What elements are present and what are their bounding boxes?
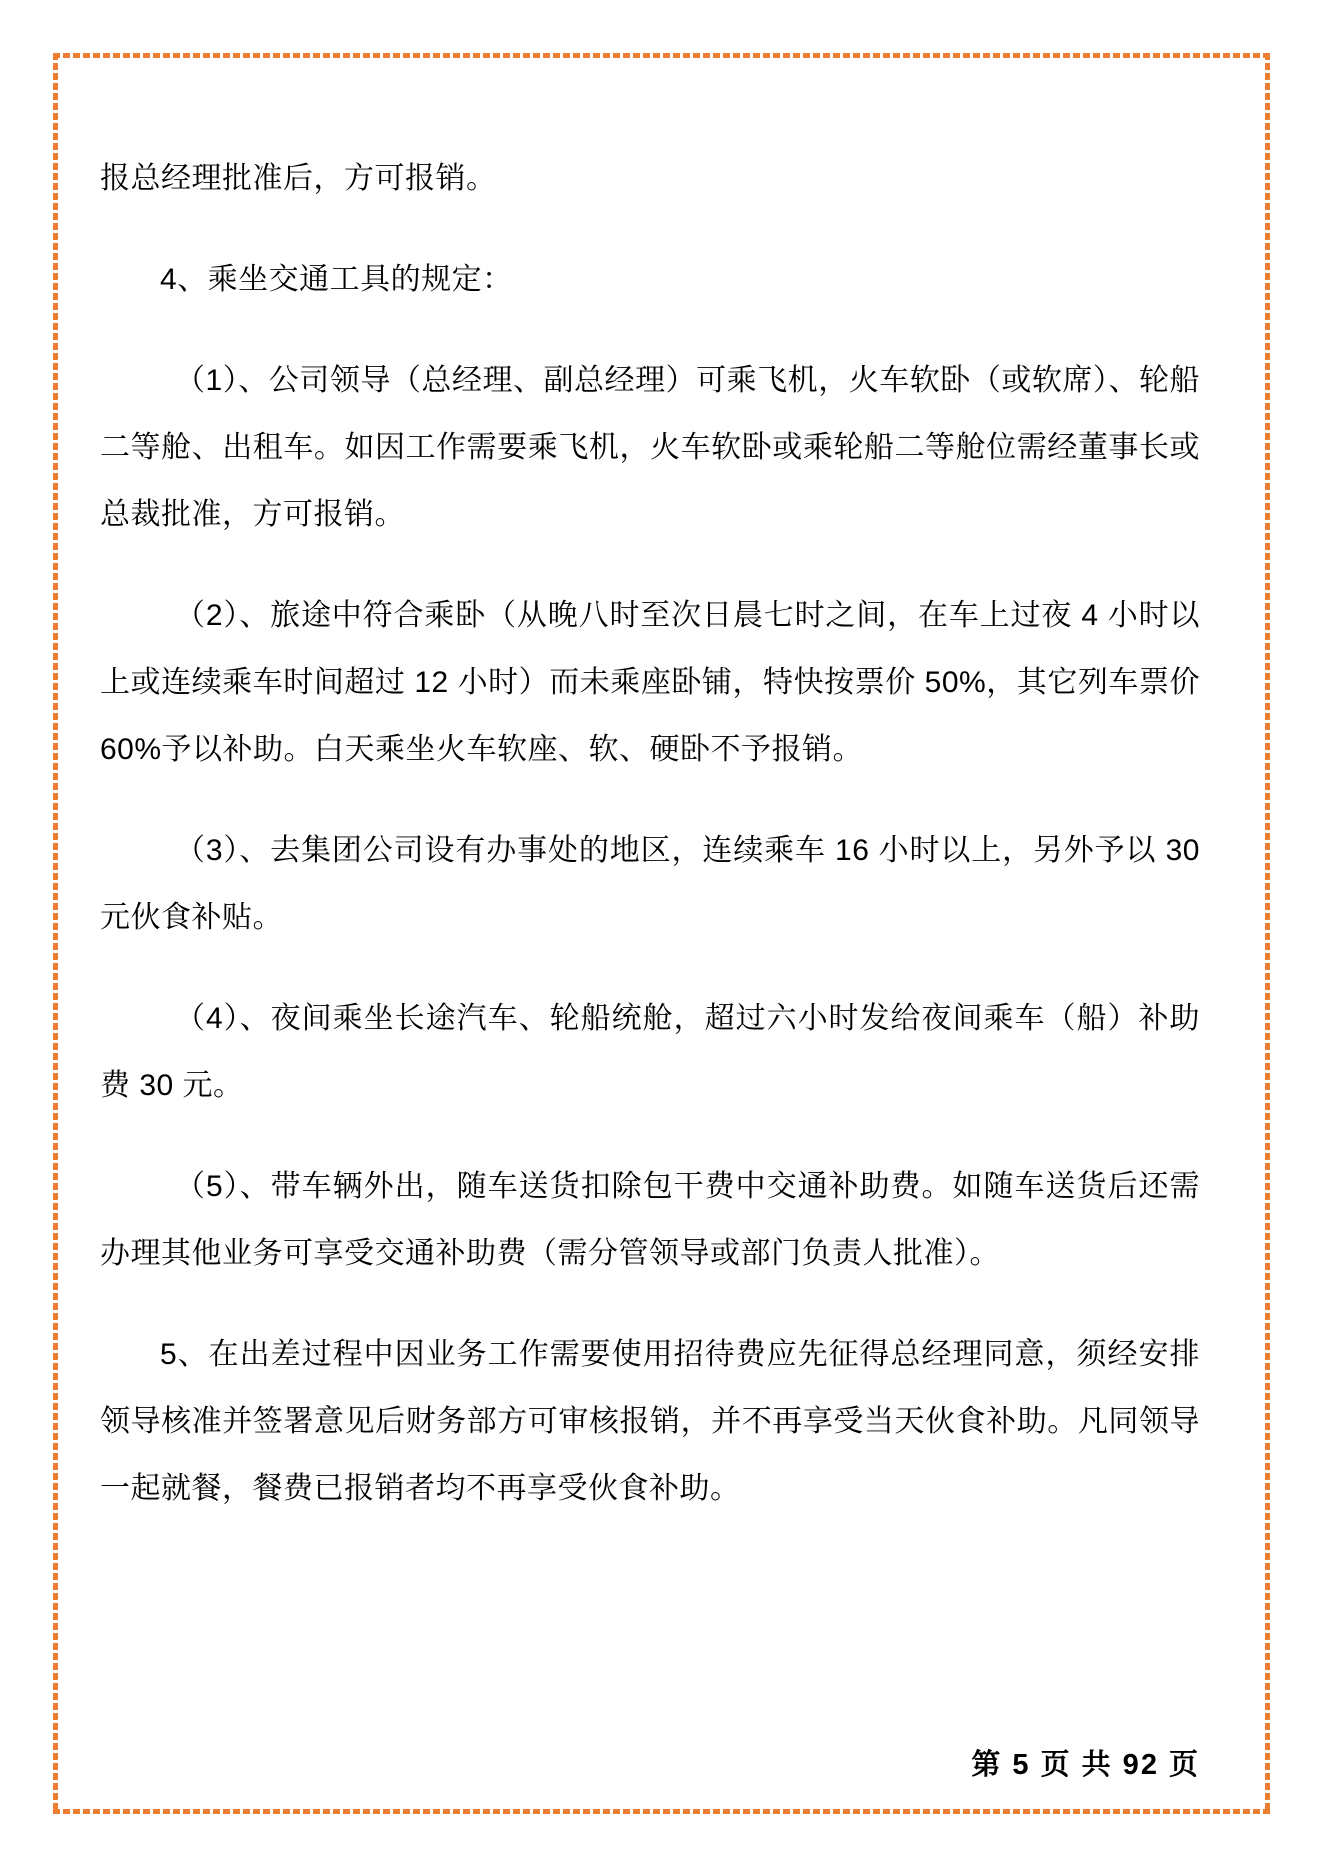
paragraph-continuation: 报总经理批准后，方可报销。 [100, 145, 1200, 212]
paragraph-subitem-2: （2）、旅途中符合乘卧（从晚八时至次日晨七时之间，在车上过夜 4 小时以上或连续… [100, 582, 1200, 783]
page-border-top [53, 53, 1270, 58]
paragraph-item-5: 5、在出差过程中因业务工作需要使用招待费应先征得总经理同意，须经安排领导核准并签… [100, 1321, 1200, 1522]
paragraph-subitem-4: （4）、夜间乘坐长途汽车、轮船统舱，超过六小时发给夜间乘车（船）补助费 30 元… [100, 985, 1200, 1119]
page-border-left [53, 53, 58, 1814]
page-content: 报总经理批准后，方可报销。 4、乘坐交通工具的规定： （1）、公司领导（总经理、… [100, 145, 1200, 1522]
paragraph-item-4: 4、乘坐交通工具的规定： [100, 246, 1200, 313]
paragraph-subitem-1: （1）、公司领导（总经理、副总经理）可乘飞机，火车软卧（或软席）、轮船二等舱、出… [100, 347, 1200, 548]
page-number: 第 5 页 共 92 页 [971, 1745, 1200, 1785]
page-border-bottom [53, 1809, 1270, 1814]
page-border-right [1265, 53, 1270, 1814]
paragraph-subitem-5: （5）、带车辆外出，随车送货扣除包干费中交通补助费。如随车送货后还需办理其他业务… [100, 1153, 1200, 1287]
paragraph-subitem-3: （3）、去集团公司设有办事处的地区，连续乘车 16 小时以上，另外予以 30 元… [100, 817, 1200, 951]
